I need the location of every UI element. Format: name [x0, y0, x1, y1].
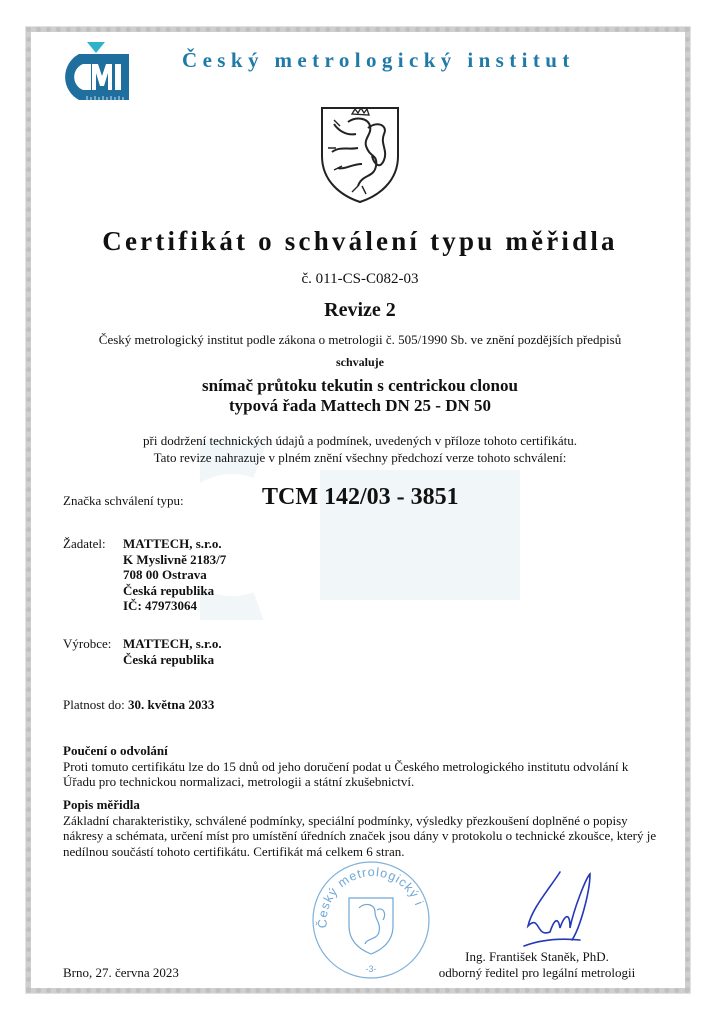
coat-of-arms-icon	[318, 104, 402, 204]
condition-line-2: Tato revize nahrazuje v plném znění všec…	[40, 450, 680, 466]
applicant-line: K Myslivně 2183/7	[123, 552, 226, 568]
approval-mark-value: TCM 142/03 - 3851	[262, 484, 459, 511]
approval-mark-label: Značka schválení typu:	[63, 493, 184, 509]
appeal-section: Poučení o odvolání Proti tomuto certifik…	[63, 743, 663, 790]
svg-text:Český metrologický institut: Český metrologický institut	[305, 858, 426, 928]
validity-label: Platnost do:	[63, 697, 125, 712]
manufacturer-line: Česká republika	[123, 652, 222, 668]
certificate-revision: Revize 2	[40, 299, 680, 322]
signer-name: Ing. František Staněk, PhD.	[432, 949, 642, 965]
appeal-title: Poučení o odvolání	[63, 743, 663, 759]
applicant-line: MATTECH, s.r.o.	[123, 536, 226, 552]
manufacturer-line: MATTECH, s.r.o.	[123, 636, 222, 652]
official-stamp-icon: Český metrologický institut -3-	[305, 858, 437, 980]
description-section: Popis měřidla Základní charakteristiky, …	[63, 797, 663, 860]
applicant-line: 708 00 Ostrava	[123, 567, 226, 583]
manufacturer-address: MATTECH, s.r.o. Česká republika	[123, 636, 222, 667]
approves-label: schvaluje	[40, 355, 680, 370]
applicant-address: MATTECH, s.r.o. K Myslivně 2183/7 708 00…	[123, 536, 226, 614]
device-name: snímač průtoku tekutin s centrickou clon…	[40, 376, 680, 396]
condition-line-1: při dodržení technických údajů a podmíne…	[40, 433, 680, 449]
stamp-text: Český metrologický institut	[305, 858, 426, 928]
certificate-number: č. 011-CS-C082-03	[40, 271, 680, 288]
cmi-logo-icon	[57, 40, 133, 112]
manufacturer-label: Výrobce:	[63, 636, 111, 652]
signer-block: Ing. František Staněk, PhD. odborný ředi…	[432, 949, 642, 981]
appeal-text: Proti tomuto certifikátu lze do 15 dnů o…	[63, 759, 663, 790]
signer-role: odborný ředitel pro legální metrologii	[432, 965, 642, 981]
place-and-date: Brno, 27. června 2023	[63, 965, 179, 981]
certificate-title: Certifikát o schválení typu měřidla	[40, 226, 680, 257]
law-statement: Český metrologický institut podle zákona…	[40, 332, 680, 348]
validity: Platnost do: 30. května 2033	[63, 697, 214, 713]
institute-name: Český metrologický institut	[182, 48, 575, 73]
stamp-number: -3-	[366, 964, 377, 974]
validity-date: 30. května 2033	[128, 697, 214, 712]
device-series: typová řada Mattech DN 25 - DN 50	[40, 396, 680, 416]
description-text: Základní charakteristiky, schválené podm…	[63, 813, 663, 860]
signature-icon	[510, 868, 600, 948]
description-title: Popis měřidla	[63, 797, 663, 813]
applicant-line: IČ: 47973064	[123, 598, 226, 614]
applicant-line: Česká republika	[123, 583, 226, 599]
applicant-label: Žadatel:	[63, 536, 106, 552]
